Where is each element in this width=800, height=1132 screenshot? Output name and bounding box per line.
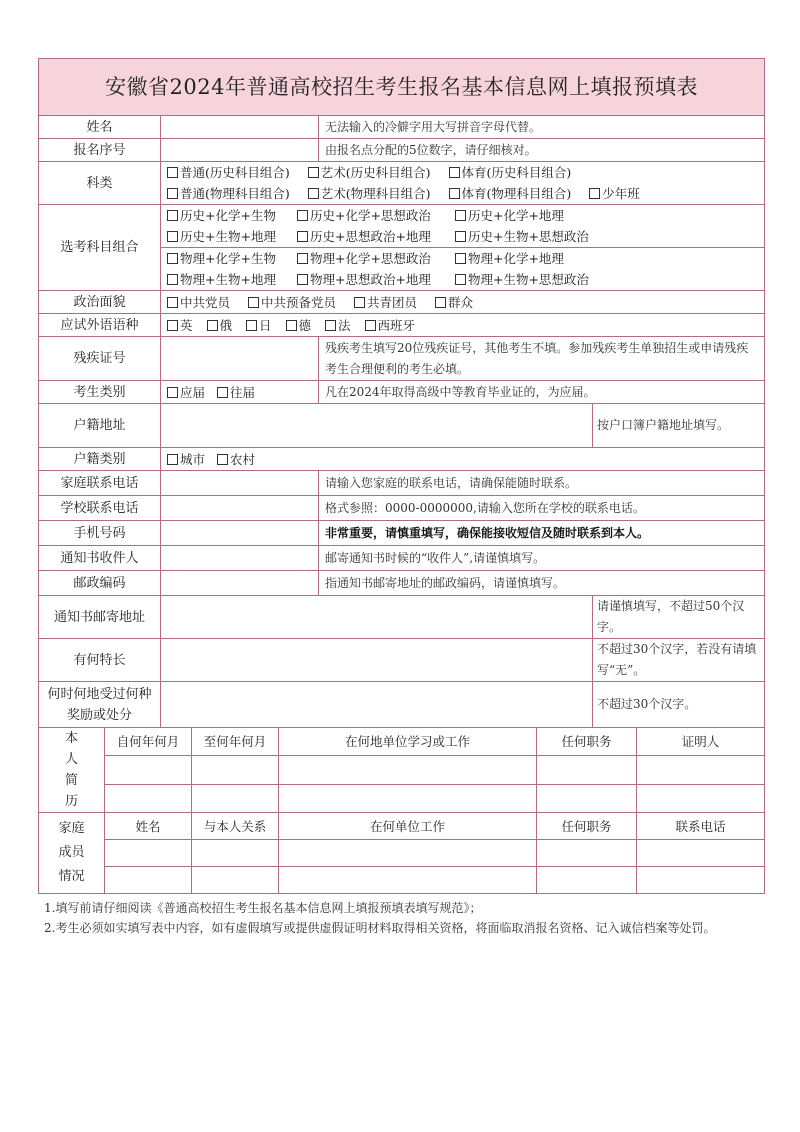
mail-address-label: 通知书邮寄地址 bbox=[39, 596, 161, 639]
mail-address-field[interactable] bbox=[161, 596, 593, 639]
category-option[interactable]: 普通(物理科目组合) bbox=[167, 183, 290, 204]
language-options: 英 俄 日 德 法 西班牙 bbox=[161, 314, 765, 337]
resume-header: 至何年何月 bbox=[192, 728, 279, 756]
registration-form: 安徽省2024年普通高校招生考生报名基本信息网上填报预填表 姓名 无法输入的冷僻… bbox=[38, 58, 764, 938]
hukou-address-field[interactable] bbox=[161, 404, 593, 448]
resume-cell[interactable] bbox=[637, 784, 765, 812]
family-header: 姓名 bbox=[105, 813, 192, 840]
subjects-label: 选考科目组合 bbox=[39, 205, 161, 291]
checkbox-icon[interactable] bbox=[455, 231, 466, 242]
disability-note: 残疾考生填写20位残疾证号，其他考生不填。参加残疾考生单独招生或申请残疾考生合理… bbox=[319, 337, 765, 381]
subject-option[interactable]: 历史+化学+思想政治 bbox=[297, 205, 437, 226]
postcode-label: 邮政编码 bbox=[39, 571, 161, 596]
language-option[interactable]: 俄 bbox=[207, 315, 233, 336]
subject-option[interactable]: 物理+化学+思想政治 bbox=[297, 248, 437, 269]
mail-address-note: 请谨慎填写，不超过50个汉字。 bbox=[593, 596, 765, 639]
disability-label: 残疾证号 bbox=[39, 337, 161, 381]
family-header: 在何单位工作 bbox=[279, 813, 537, 840]
awards-note: 不超过30个汉字。 bbox=[593, 682, 765, 728]
subject-option[interactable]: 物理+生物+思想政治 bbox=[455, 269, 589, 290]
resume-cell[interactable] bbox=[537, 784, 637, 812]
family-label: 家庭成员情况 bbox=[39, 813, 105, 894]
political-option[interactable]: 中共预备党员 bbox=[248, 292, 336, 313]
name-note: 无法输入的冷僻字用大写拼音字母代替。 bbox=[319, 116, 765, 139]
student-type-note: 凡在2024年取得高级中等教育毕业证的，为应届。 bbox=[319, 381, 765, 404]
checkbox-icon[interactable] bbox=[297, 274, 308, 285]
form-table: 安徽省2024年普通高校招生考生报名基本信息网上填报预填表 姓名 无法输入的冷僻… bbox=[38, 58, 765, 728]
name-label: 姓名 bbox=[39, 116, 161, 139]
awards-label: 何时何地受过何种奖励或处分 bbox=[39, 682, 161, 728]
resume-table: 本人简历 自何年何月 至何年何月 在何地单位学习或工作 任何职务 证明人 bbox=[38, 728, 765, 813]
school-phone-note: 格式参照：0000-0000000,请输入您所在学校的联系电话。 bbox=[319, 496, 765, 521]
reg-no-field[interactable] bbox=[161, 139, 319, 162]
mobile-label: 手机号码 bbox=[39, 521, 161, 546]
resume-cell[interactable] bbox=[637, 756, 765, 784]
specialty-note: 不超过30个汉字，若没有请填写“无”。 bbox=[593, 639, 765, 682]
checkbox-icon[interactable] bbox=[297, 253, 308, 264]
category-option[interactable]: 艺术(历史科目组合) bbox=[308, 162, 431, 183]
reg-no-label: 报名序号 bbox=[39, 139, 161, 162]
checkbox-icon[interactable] bbox=[455, 210, 466, 221]
checkbox-icon[interactable] bbox=[167, 210, 178, 221]
specialty-label: 有何特长 bbox=[39, 639, 161, 682]
family-cell[interactable] bbox=[637, 840, 765, 867]
resume-row bbox=[39, 756, 765, 784]
subject-option[interactable]: 物理+生物+地理 bbox=[167, 269, 279, 290]
category-options: 普通(历史科目组合) 艺术(历史科目组合) 体育(历史科目组合) 普通(物理科目… bbox=[161, 162, 765, 205]
category-label: 科类 bbox=[39, 162, 161, 205]
school-phone-label: 学校联系电话 bbox=[39, 496, 161, 521]
checkbox-icon[interactable] bbox=[167, 297, 178, 308]
checkbox-icon[interactable] bbox=[325, 320, 336, 331]
family-cell[interactable] bbox=[105, 867, 192, 894]
resume-cell[interactable] bbox=[537, 756, 637, 784]
subject-option[interactable]: 历史+化学+地理 bbox=[455, 205, 564, 226]
checkbox-icon[interactable] bbox=[167, 274, 178, 285]
footer-notes: 1.填写前请仔细阅读《普通高校招生考生报名基本信息网上填报预填表填写规范》； 2… bbox=[38, 898, 764, 938]
hukou-type-label: 户籍类别 bbox=[39, 448, 161, 471]
checkbox-icon[interactable] bbox=[217, 387, 228, 398]
checkbox-icon[interactable] bbox=[589, 188, 600, 199]
family-cell[interactable] bbox=[637, 867, 765, 894]
checkbox-icon[interactable] bbox=[246, 320, 257, 331]
checkbox-icon[interactable] bbox=[167, 231, 178, 242]
student-type-option[interactable]: 应届 bbox=[167, 382, 205, 403]
language-option[interactable]: 英 bbox=[167, 315, 193, 336]
family-header: 联系电话 bbox=[637, 813, 765, 840]
resume-row bbox=[39, 784, 765, 812]
checkbox-icon[interactable] bbox=[217, 454, 228, 465]
home-phone-field[interactable] bbox=[161, 471, 319, 496]
family-cell[interactable] bbox=[279, 867, 537, 894]
checkbox-icon[interactable] bbox=[167, 253, 178, 264]
subject-option[interactable]: 物理+化学+生物 bbox=[167, 248, 279, 269]
home-phone-label: 家庭联系电话 bbox=[39, 471, 161, 496]
footer-note-2: 2.考生必须如实填写表中内容，如有虚假填写或提供虚假证明材料取得相关资格，将面临… bbox=[44, 918, 764, 938]
political-option[interactable]: 共青团员 bbox=[354, 292, 417, 313]
disability-field[interactable] bbox=[161, 337, 319, 381]
category-option[interactable]: 普通(历史科目组合) bbox=[167, 162, 290, 183]
checkbox-icon[interactable] bbox=[167, 188, 178, 199]
resume-label: 本人简历 bbox=[39, 728, 105, 813]
language-option[interactable]: 日 bbox=[246, 315, 272, 336]
checkbox-icon[interactable] bbox=[449, 167, 460, 178]
resume-cell[interactable] bbox=[105, 756, 192, 784]
student-type-label: 考生类别 bbox=[39, 381, 161, 404]
subject-option[interactable]: 历史+生物+地理 bbox=[167, 226, 279, 247]
checkbox-icon[interactable] bbox=[455, 253, 466, 264]
resume-header: 在何地单位学习或工作 bbox=[279, 728, 537, 756]
history-subject-options: 历史+化学+生物 历史+化学+思想政治 历史+化学+地理 历史+生物+地理 历史… bbox=[161, 205, 765, 248]
language-option[interactable]: 法 bbox=[325, 315, 351, 336]
hukou-type-option[interactable]: 城市 bbox=[167, 449, 205, 470]
form-title: 安徽省2024年普通高校招生考生报名基本信息网上填报预填表 bbox=[39, 59, 765, 116]
checkbox-icon[interactable] bbox=[167, 387, 178, 398]
political-option[interactable]: 中共党员 bbox=[167, 292, 230, 313]
resume-cell[interactable] bbox=[192, 784, 279, 812]
awards-field[interactable] bbox=[161, 682, 593, 728]
mobile-note: 非常重要，请慎重填写，确保能接收短信及随时联系到本人。 bbox=[319, 521, 765, 546]
resume-cell[interactable] bbox=[105, 784, 192, 812]
hukou-address-label: 户籍地址 bbox=[39, 404, 161, 448]
checkbox-icon[interactable] bbox=[435, 297, 446, 308]
checkbox-icon[interactable] bbox=[248, 297, 259, 308]
resume-cell[interactable] bbox=[279, 784, 537, 812]
checkbox-icon[interactable] bbox=[308, 188, 319, 199]
family-table: 家庭成员情况 姓名 与本人关系 在何单位工作 任何职务 联系电话 bbox=[38, 813, 765, 894]
category-option[interactable]: 体育(历史科目组合) bbox=[449, 162, 572, 183]
checkbox-icon[interactable] bbox=[286, 320, 297, 331]
recipient-label: 通知书收件人 bbox=[39, 546, 161, 571]
subject-option[interactable]: 物理+思想政治+地理 bbox=[297, 269, 437, 290]
checkbox-icon[interactable] bbox=[167, 167, 178, 178]
family-row bbox=[39, 867, 765, 894]
postcode-note: 指通知书邮寄地址的邮政编码，请谨慎填写。 bbox=[319, 571, 765, 596]
footer-note-1: 1.填写前请仔细阅读《普通高校招生考生报名基本信息网上填报预填表填写规范》； bbox=[44, 898, 764, 918]
language-option[interactable]: 德 bbox=[286, 315, 312, 336]
hukou-type-option[interactable]: 农村 bbox=[217, 449, 255, 470]
checkbox-icon[interactable] bbox=[354, 297, 365, 308]
family-header: 任何职务 bbox=[537, 813, 637, 840]
political-label: 政治面貌 bbox=[39, 291, 161, 314]
home-phone-note: 请输入您家庭的联系电话，请确保能随时联系。 bbox=[319, 471, 765, 496]
checkbox-icon[interactable] bbox=[297, 231, 308, 242]
checkbox-icon[interactable] bbox=[167, 320, 178, 331]
family-cell[interactable] bbox=[537, 867, 637, 894]
checkbox-icon[interactable] bbox=[308, 167, 319, 178]
checkbox-icon[interactable] bbox=[297, 210, 308, 221]
family-cell[interactable] bbox=[192, 867, 279, 894]
hukou-type-options: 城市 农村 bbox=[161, 448, 765, 471]
family-cell[interactable] bbox=[537, 840, 637, 867]
political-options: 中共党员 中共预备党员 共青团员 群众 bbox=[161, 291, 765, 314]
family-cell[interactable] bbox=[105, 840, 192, 867]
language-label: 应试外语语种 bbox=[39, 314, 161, 337]
resume-cell[interactable] bbox=[192, 756, 279, 784]
category-option[interactable]: 少年班 bbox=[589, 183, 640, 204]
subject-option[interactable]: 历史+生物+思想政治 bbox=[455, 226, 589, 247]
family-cell[interactable] bbox=[192, 840, 279, 867]
subject-option[interactable]: 历史+化学+生物 bbox=[167, 205, 279, 226]
resume-header: 自何年何月 bbox=[105, 728, 192, 756]
resume-header: 证明人 bbox=[637, 728, 765, 756]
hukou-address-note: 按户口簿户籍地址填写。 bbox=[593, 404, 765, 448]
checkbox-icon[interactable] bbox=[207, 320, 218, 331]
resume-cell[interactable] bbox=[279, 756, 537, 784]
student-type-options: 应届 往届 bbox=[161, 381, 319, 404]
subject-option[interactable]: 历史+思想政治+地理 bbox=[297, 226, 437, 247]
family-cell[interactable] bbox=[279, 840, 537, 867]
postcode-field[interactable] bbox=[161, 571, 319, 596]
school-phone-field[interactable] bbox=[161, 496, 319, 521]
language-option[interactable]: 西班牙 bbox=[365, 315, 416, 336]
physics-subject-options: 物理+化学+生物 物理+化学+思想政治 物理+化学+地理 物理+生物+地理 物理… bbox=[161, 248, 765, 291]
category-option[interactable]: 艺术(物理科目组合) bbox=[308, 183, 431, 204]
family-header: 与本人关系 bbox=[192, 813, 279, 840]
family-row bbox=[39, 840, 765, 867]
specialty-field[interactable] bbox=[161, 639, 593, 682]
checkbox-icon[interactable] bbox=[449, 188, 460, 199]
mobile-field[interactable] bbox=[161, 521, 319, 546]
subject-option[interactable]: 物理+化学+地理 bbox=[455, 248, 564, 269]
recipient-field[interactable] bbox=[161, 546, 319, 571]
student-type-option[interactable]: 往届 bbox=[217, 382, 255, 403]
recipient-note: 邮寄通知书时候的“收件人”,请谨慎填写。 bbox=[319, 546, 765, 571]
political-option[interactable]: 群众 bbox=[435, 292, 473, 313]
resume-header: 任何职务 bbox=[537, 728, 637, 756]
reg-no-note: 由报名点分配的5位数字，请仔细核对。 bbox=[319, 139, 765, 162]
checkbox-icon[interactable] bbox=[455, 274, 466, 285]
checkbox-icon[interactable] bbox=[167, 454, 178, 465]
checkbox-icon[interactable] bbox=[365, 320, 376, 331]
category-option[interactable]: 体育(物理科目组合) bbox=[449, 183, 572, 204]
name-field[interactable] bbox=[161, 116, 319, 139]
